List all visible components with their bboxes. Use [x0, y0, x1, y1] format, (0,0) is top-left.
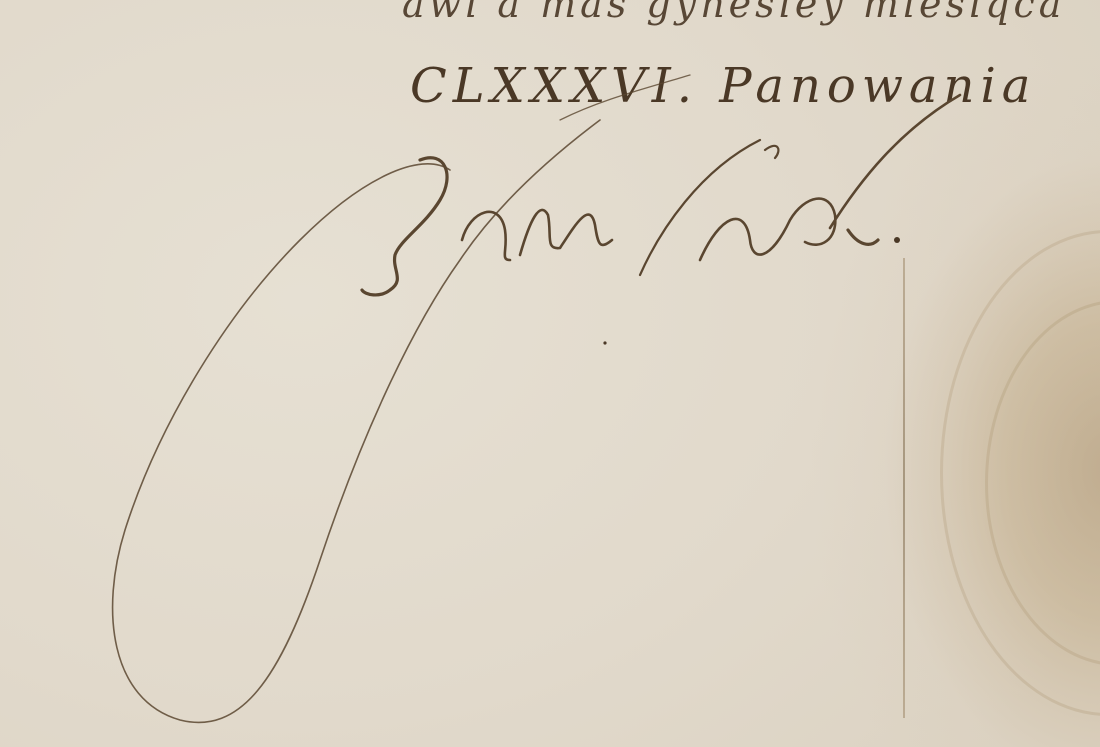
signature-flourish — [0, 0, 1100, 747]
